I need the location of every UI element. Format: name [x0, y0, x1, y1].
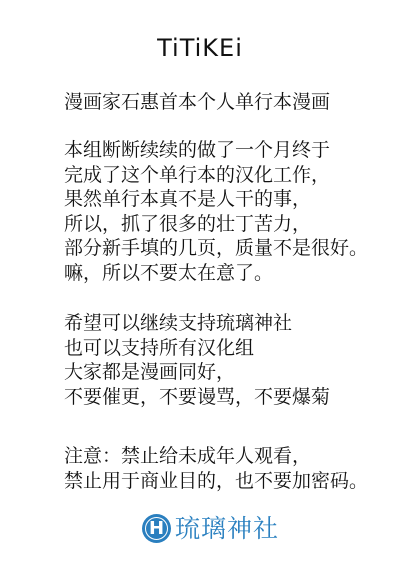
- text-line: 嘛，所以不要太在意了。: [64, 261, 368, 286]
- text-line: 希望可以继续支持琉璃神社: [64, 311, 330, 336]
- logo-text: 琉璃神社: [175, 514, 279, 543]
- paragraph-warning: 注意：禁止给未成年人观看， 禁止用于商业目的，也不要加密码。: [64, 444, 368, 493]
- text-line: 所以，抓了很多的壮丁苦力，: [64, 212, 368, 237]
- h-circle-logo-icon: H: [142, 514, 171, 543]
- paragraph-notes: 本组断断续续的做了一个月终于 完成了这个单行本的汉化工作， 果然单行本真不是人干…: [64, 138, 368, 285]
- group-logo: H 琉璃神社: [142, 514, 279, 543]
- page-title: TiTiKEi: [0, 34, 400, 62]
- text-line: 果然单行本真不是人干的事，: [64, 187, 368, 212]
- text-line: 本组断断续续的做了一个月终于: [64, 138, 368, 163]
- text-line: 不要催更，不要谩骂，不要爆菊: [64, 385, 330, 410]
- text-line: 完成了这个单行本的汉化工作，: [64, 163, 368, 188]
- text-line: 部分新手填的几页，质量不是很好。: [64, 236, 368, 261]
- text-line: 大家都是漫画同好，: [64, 360, 330, 385]
- subtitle: 漫画家石惠首本个人单行本漫画: [64, 90, 330, 114]
- text-line: 禁止用于商业目的，也不要加密码。: [64, 469, 368, 494]
- text-line: 也可以支持所有汉化组: [64, 336, 330, 361]
- text-line: 注意：禁止给未成年人观看，: [64, 444, 368, 469]
- paragraph-support: 希望可以继续支持琉璃神社 也可以支持所有汉化组 大家都是漫画同好， 不要催更，不…: [64, 311, 330, 409]
- logo-letter: H: [142, 514, 171, 543]
